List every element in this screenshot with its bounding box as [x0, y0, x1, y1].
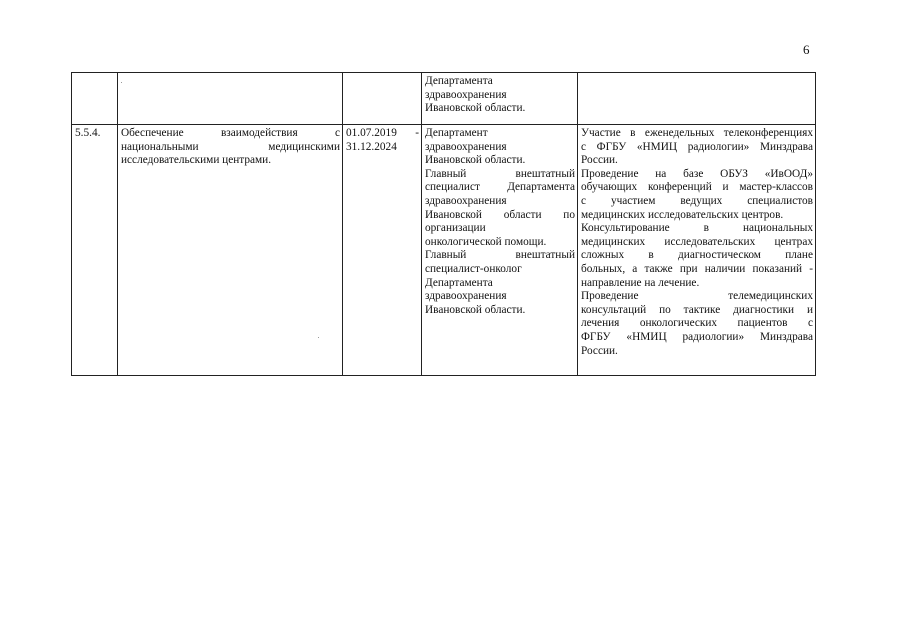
period-end: 31.12.2024 — [346, 141, 419, 155]
text-line: национальными медицинскими — [121, 141, 340, 155]
text-line: направление на лечение. — [581, 277, 813, 291]
period-dash: - — [415, 127, 419, 141]
cell-measure: Обеспечение взаимодействия снациональным… — [118, 125, 343, 376]
text-line: здравоохранения — [425, 290, 575, 304]
table-row: 5.5.4. Обеспечение взаимодействия снацио… — [72, 125, 816, 376]
cell-measure — [118, 73, 343, 125]
cell-responsible: ДепартаментздравоохраненияИвановской обл… — [422, 125, 578, 376]
period-start: 01.07.2019 — [346, 127, 397, 141]
text-line: с ФГБУ «НМИЦ радиологии» Минздрава — [581, 141, 813, 155]
plan-table: ДепартаментаздравоохраненияИвановской об… — [71, 72, 816, 376]
text-line: Главный внештатный — [425, 249, 575, 263]
cell-number: 5.5.4. — [72, 125, 118, 376]
text-line: лечения онкологических пациентов с — [581, 317, 813, 331]
text-line: здравоохранения — [425, 89, 575, 103]
cell-responsible: ДепартаментаздравоохраненияИвановской об… — [422, 73, 578, 125]
text-line: Участие в еженедельных телеконференциях — [581, 127, 813, 141]
cell-period: 01.07.2019 - 31.12.2024 — [343, 125, 422, 376]
cell-result — [578, 73, 816, 125]
text-line: Ивановской области. — [425, 304, 575, 318]
text-line: Консультирование в национальных — [581, 222, 813, 236]
text-line: специалист Департамента — [425, 181, 575, 195]
text-line: Департамента — [425, 75, 575, 89]
text-line: Обеспечение взаимодействия с — [121, 127, 340, 141]
cell-period — [343, 73, 422, 125]
text-line: Ивановской области по — [425, 209, 575, 223]
text-line: медицинских исследовательских центров. — [581, 209, 813, 223]
text-line: больных, а также при наличии показаний - — [581, 263, 813, 277]
cell-number — [72, 73, 118, 125]
text-line: организации — [425, 222, 575, 236]
text-line: Проведение телемедицинских — [581, 290, 813, 304]
table-row: ДепартаментаздравоохраненияИвановской об… — [72, 73, 816, 125]
text-line: Проведение на базе ОБУЗ «ИвООД» — [581, 168, 813, 182]
text-line: Главный внештатный — [425, 168, 575, 182]
text-line: консультаций по тактике диагностики и — [581, 304, 813, 318]
text-line: здравоохранения — [425, 195, 575, 209]
text-line: Департамента — [425, 277, 575, 291]
text-line: России. — [581, 154, 813, 168]
page-number: 6 — [803, 42, 810, 58]
text-line: Ивановской области. — [425, 154, 575, 168]
text-line: ФГБУ «НМИЦ радиологии» Минздрава — [581, 331, 813, 345]
text-line: обучающих конференций и мастер-классов — [581, 181, 813, 195]
text-line: Департамент — [425, 127, 575, 141]
text-line: сложных в диагностическом плане — [581, 249, 813, 263]
text-line: исследовательскими центрами. — [121, 154, 340, 168]
cell-result: Участие в еженедельных телеконференцияхс… — [578, 125, 816, 376]
text-line: онкологической помощи. — [425, 236, 575, 250]
text-line: здравоохранения — [425, 141, 575, 155]
text-line: Ивановской области. — [425, 102, 575, 116]
text-line: России. — [581, 345, 813, 359]
text-line: с участием ведущих специалистов — [581, 195, 813, 209]
text-line: медицинских исследовательских центрах — [581, 236, 813, 250]
text-line: специалист-онколог — [425, 263, 575, 277]
